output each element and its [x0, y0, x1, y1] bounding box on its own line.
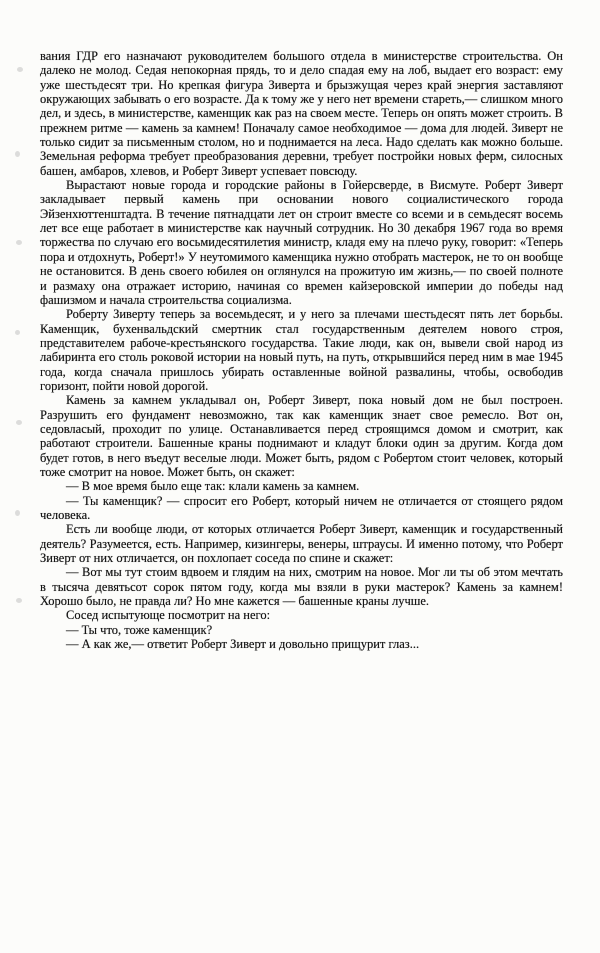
paragraph: Есть ли вообще люди, от которых отличает… [40, 522, 563, 565]
dialogue-line: — Ты каменщик? — спросит его Роберт, кот… [40, 494, 563, 523]
paragraph: Роберту Зиверту теперь за восемьдесят, и… [40, 307, 563, 393]
scan-speck [15, 510, 20, 516]
dialogue-line: — Ты что, тоже каменщик? [40, 623, 563, 637]
dialogue-line: — А как же,— ответит Роберт Зиверт и дов… [40, 637, 563, 651]
scan-speck [16, 240, 22, 245]
dialogue-line: — Вот мы тут стоим вдвоем и глядим на ни… [40, 565, 563, 608]
scan-speck [16, 420, 22, 425]
book-page: вания ГДР его назначают руководителем бо… [0, 0, 600, 953]
scan-speck [15, 151, 20, 157]
dialogue-line: — В мое время было еще так: клали камень… [40, 479, 563, 493]
scan-speck [15, 330, 20, 335]
paragraph: Сосед испытующе посмотрит на него: [40, 608, 563, 622]
paragraph: Вырастают новые города и городские район… [40, 178, 563, 307]
scan-speck [17, 67, 23, 72]
text-column: вания ГДР его назначают руководителем бо… [40, 49, 563, 651]
scan-speck [16, 598, 22, 603]
paragraph-continuation: вания ГДР его назначают руководителем бо… [40, 49, 563, 178]
paragraph: Камень за камнем укладывал он, Роберт Зи… [40, 393, 563, 479]
